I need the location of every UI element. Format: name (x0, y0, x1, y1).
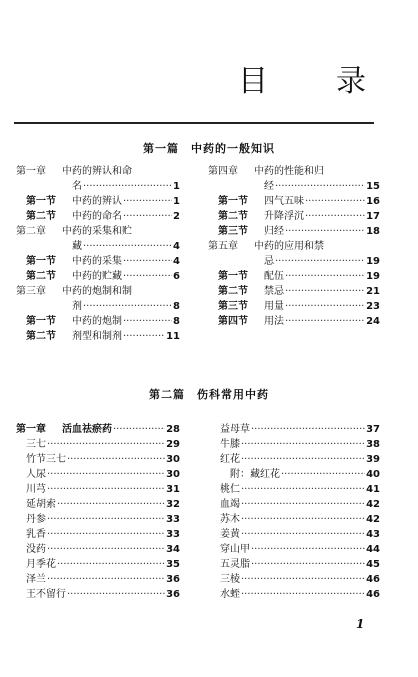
toc-chapter-continuation[interactable]: 藏4 (16, 239, 180, 254)
leader-dots (67, 587, 165, 602)
leader-dots (47, 572, 165, 587)
toc-section-entry[interactable]: 第一节中药的采集4 (16, 254, 180, 269)
toc-section-entry[interactable]: 第二节升降浮沉17 (208, 209, 380, 224)
title-char-1: 目 (238, 56, 268, 100)
toc-chapter-heading[interactable]: 第二章中药的采集和贮 (16, 224, 180, 239)
toc-herb-entry[interactable]: 血竭42 (220, 497, 380, 512)
part1-right-column: 第四章中药的性能和归经15第一节四气五味16第二节升降浮沉17第三节归经18第五… (208, 164, 380, 329)
toc-herb-entry[interactable]: 三七29 (16, 437, 180, 452)
part2-left-column: 第一章活血祛瘀药 28 三七29竹节三七30人尿30川芎31延胡索32丹参33乳… (16, 422, 180, 602)
title-rule (14, 122, 374, 124)
leader-dots (83, 239, 172, 254)
toc-herb-entry[interactable]: 丹参33 (16, 512, 180, 527)
leader-dots (241, 437, 365, 452)
leader-dots (123, 329, 165, 344)
leader-dots (241, 512, 365, 527)
leader-dots (305, 194, 365, 209)
toc-herb-entry[interactable]: 月季花35 (16, 557, 180, 572)
leader-dots (47, 437, 165, 452)
toc-herb-entry[interactable]: 附：藏红花40 (220, 467, 380, 482)
toc-section-entry[interactable]: 第一节四气五味16 (208, 194, 380, 209)
toc-herb-entry[interactable]: 穿山甲44 (220, 542, 380, 557)
leader-dots (47, 512, 165, 527)
part1-heading: 第一篇 中药的一般知识 (0, 140, 418, 156)
toc-chapter-heading[interactable]: 第五章中药的应用和禁 (208, 239, 380, 254)
toc-section-entry[interactable]: 第三节归经18 (208, 224, 380, 239)
toc-chapter-heading[interactable]: 第四章中药的性能和归 (208, 164, 380, 179)
leader-dots (241, 587, 365, 602)
toc-herb-entry[interactable]: 泽兰36 (16, 572, 180, 587)
toc-herb-entry[interactable]: 姜黄43 (220, 527, 380, 542)
part1-left-column: 第一章中药的辨认和命名1第一节中药的辨认1第二节中药的命名2第二章中药的采集和贮… (16, 164, 180, 344)
toc-section-entry[interactable]: 第四节用法24 (208, 314, 380, 329)
toc-herb-entry[interactable]: 苏木42 (220, 512, 380, 527)
page-title: 目 录 (0, 56, 418, 96)
leader-dots (123, 209, 172, 224)
part2-heading: 第二篇 伤科常用中药 (0, 386, 418, 402)
leader-dots (285, 299, 365, 314)
leader-dots (281, 467, 365, 482)
leader-dots (123, 269, 172, 284)
toc-chapter-heading[interactable]: 第一章中药的辨认和命 (16, 164, 180, 179)
leader-dots (83, 299, 172, 314)
toc-herb-entry[interactable]: 三棱46 (220, 572, 380, 587)
leader-dots (123, 194, 172, 209)
toc-herb-entry[interactable]: 延胡索32 (16, 497, 180, 512)
leader-dots (285, 269, 365, 284)
toc-herb-entry[interactable]: 益母草37 (220, 422, 380, 437)
leader-dots (67, 452, 165, 467)
leader-dots (305, 209, 365, 224)
toc-section-entry[interactable]: 第二节剂型和制剂11 (16, 329, 180, 344)
leader-dots (123, 254, 172, 269)
toc-chapter-continuation[interactable]: 经15 (208, 179, 380, 194)
toc-herb-entry[interactable]: 五灵脂45 (220, 557, 380, 572)
toc-section-entry[interactable]: 第三节用量23 (208, 299, 380, 314)
leader-dots (275, 254, 365, 269)
toc-section-entry[interactable]: 第一节中药的辨认1 (16, 194, 180, 209)
leader-dots (251, 422, 365, 437)
leader-dots (285, 284, 365, 299)
toc-chapter-continuation[interactable]: 忌19 (208, 254, 380, 269)
toc-herb-entry[interactable]: 牛膝38 (220, 437, 380, 452)
toc-herb-entry[interactable]: 川芎31 (16, 482, 180, 497)
toc-section-entry[interactable]: 第二节中药的贮藏6 (16, 269, 180, 284)
toc-section-entry[interactable]: 第二节中药的命名2 (16, 209, 180, 224)
leader-dots (57, 497, 165, 512)
leader-dots (285, 314, 365, 329)
toc-herb-entry[interactable]: 桃仁41 (220, 482, 380, 497)
leader-dots (47, 542, 165, 557)
toc-section-entry[interactable]: 第一节配伍19 (208, 269, 380, 284)
toc-herb-entry[interactable]: 王不留行36 (16, 587, 180, 602)
leader-dots (57, 557, 165, 572)
title-char-2: 录 (336, 56, 366, 100)
leader-dots (47, 467, 165, 482)
toc-herb-entry[interactable]: 红花39 (220, 452, 380, 467)
toc-herb-entry[interactable]: 人尿30 (16, 467, 180, 482)
leader-dots (251, 542, 365, 557)
toc-section-entry[interactable]: 第二节禁忌21 (208, 284, 380, 299)
toc-section-entry[interactable]: 第一节中药的炮制8 (16, 314, 180, 329)
toc-herb-entry[interactable]: 竹节三七30 (16, 452, 180, 467)
toc-herb-entry[interactable]: 没药34 (16, 542, 180, 557)
leader-dots (47, 527, 165, 542)
leader-dots (83, 179, 172, 194)
leader-dots (251, 557, 365, 572)
leader-dots (241, 452, 365, 467)
leader-dots (241, 527, 365, 542)
toc-chapter-continuation[interactable]: 剂8 (16, 299, 180, 314)
leader-dots (113, 422, 165, 437)
toc-chapter-entry[interactable]: 第一章活血祛瘀药 28 (16, 422, 180, 437)
toc-chapter-continuation[interactable]: 名1 (16, 179, 180, 194)
leader-dots (275, 179, 365, 194)
leader-dots (285, 224, 365, 239)
toc-herb-entry[interactable]: 水蛭46 (220, 587, 380, 602)
part2-right-column: 益母草37牛膝38红花39附：藏红花40桃仁41血竭42苏木42姜黄43穿山甲4… (220, 422, 380, 602)
leader-dots (241, 482, 365, 497)
toc-herb-entry[interactable]: 乳香33 (16, 527, 180, 542)
leader-dots (123, 314, 172, 329)
toc-chapter-heading[interactable]: 第三章中药的炮制和制 (16, 284, 180, 299)
leader-dots (241, 572, 365, 587)
page-number: 1 (356, 617, 364, 631)
leader-dots (241, 497, 365, 512)
leader-dots (47, 482, 165, 497)
